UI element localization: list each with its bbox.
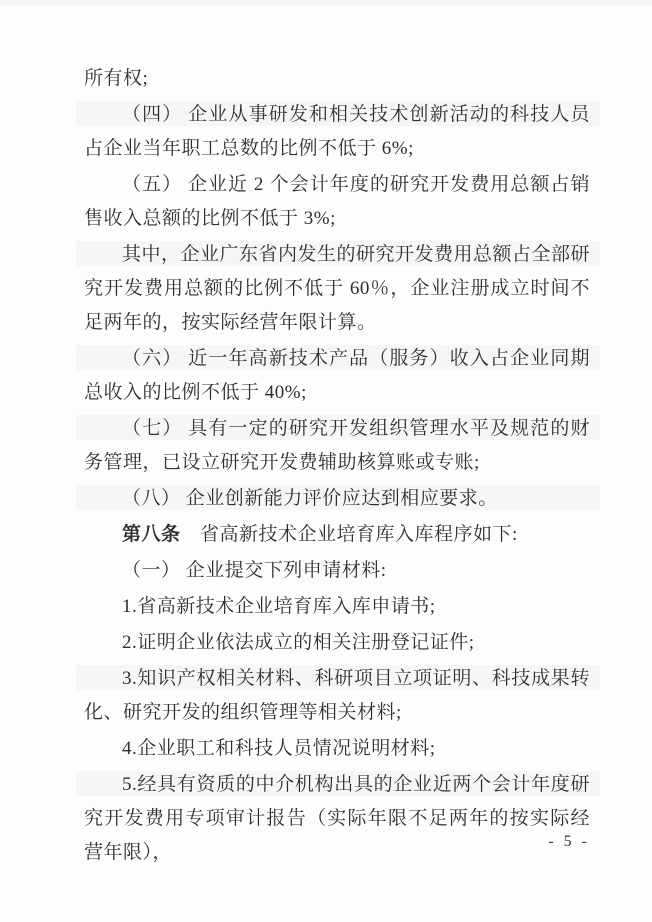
paragraph-item-8: （八） 企业创新能力评价应达到相应要求。 xyxy=(84,482,590,516)
article-8-heading: 第八条 xyxy=(122,524,181,545)
scan-edge-artifact xyxy=(0,0,652,5)
paragraph-item-7: （七） 具有一定的研究开发组织管理水平及规范的财务管理，已设立研究开发费辅助核算… xyxy=(84,412,590,480)
paragraph-item-4: （四） 企业从事研发和相关技术创新活动的科技人员占企业当年职工总数的比例不低于 … xyxy=(84,98,590,166)
document-page: 所有权; （四） 企业从事研发和相关技术创新活动的科技人员占企业当年职工总数的比… xyxy=(0,0,652,922)
paragraph-material-2: 2.证明企业依法成立的相关注册登记证件; xyxy=(84,626,590,660)
article-8-text: 省高新技术企业培育库入库程序如下: xyxy=(181,524,518,545)
paragraph-material-3: 3.知识产权相关材料、科研项目立项证明、科技成果转化、研究开发的组织管理等相关材… xyxy=(84,662,590,730)
paragraph-material-1: 1.省高新技术企业培育库入库申请书; xyxy=(84,590,590,624)
page-number: - 5 - xyxy=(548,833,590,851)
paragraph-article-8: 第八条 省高新技术企业培育库入库程序如下: xyxy=(84,518,590,552)
paragraph-item-5: （五） 企业近 2 个会计年度的研究开发费用总额占销售收入总额的比例不低于 3%… xyxy=(84,168,590,236)
paragraph-note: 其中，企业广东省内发生的研究开发费用总额占全部研究开发费用总额的比例不低于 60… xyxy=(84,238,590,340)
paragraph-subitem-1: （一） 企业提交下列申请材料: xyxy=(84,554,590,588)
paragraph-material-4: 4.企业职工和科技人员情况说明材料; xyxy=(84,732,590,766)
paragraph-continuation: 所有权; xyxy=(84,62,590,96)
paragraph-item-6: （六） 近一年高新技术产品（服务）收入占企业同期总收入的比例不低于 40%; xyxy=(84,342,590,410)
paragraph-material-5: 5.经具有资质的中介机构出具的企业近两个会计年度研究开发费用专项审计报告（实际年… xyxy=(84,768,590,870)
document-body-text: 所有权; （四） 企业从事研发和相关技术创新活动的科技人员占企业当年职工总数的比… xyxy=(84,62,590,870)
